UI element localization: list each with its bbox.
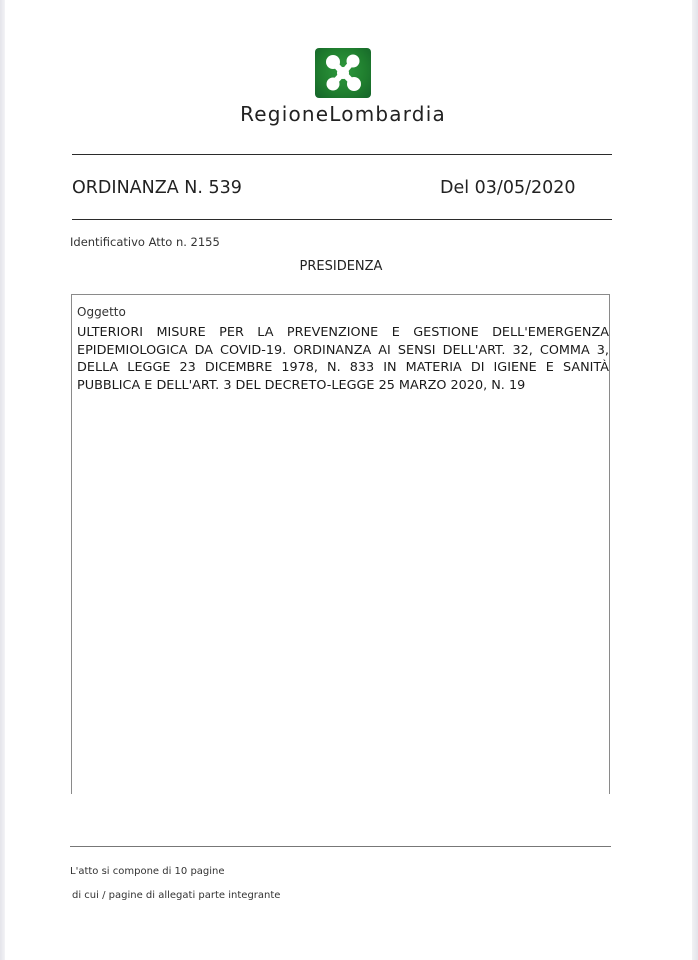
act-identifier: Identificativo Atto n. 2155	[70, 235, 220, 249]
brand-name: RegioneLombardia	[0, 102, 686, 126]
attachments-note: di cui / pagine di allegati parte integr…	[72, 890, 280, 901]
page-edge-left	[0, 0, 5, 960]
subject-label: Oggetto	[77, 305, 126, 319]
rosa-camuna-icon	[315, 48, 371, 98]
ordinance-number: ORDINANZA N. 539	[72, 178, 242, 198]
page-edge-right	[692, 0, 698, 960]
divider-bottom	[70, 846, 611, 847]
page-count-note: L'atto si compone di 10 pagine	[70, 866, 225, 877]
divider-middle	[72, 219, 612, 220]
subject-text: ULTERIORI MISURE PER LA PREVENZIONE E GE…	[77, 324, 609, 394]
ordinance-date: Del 03/05/2020	[440, 178, 576, 198]
divider-top	[72, 154, 612, 155]
office-name: PRESIDENZA	[0, 259, 682, 274]
subject-box: Oggetto ULTERIORI MISURE PER LA PREVENZI…	[71, 294, 610, 794]
